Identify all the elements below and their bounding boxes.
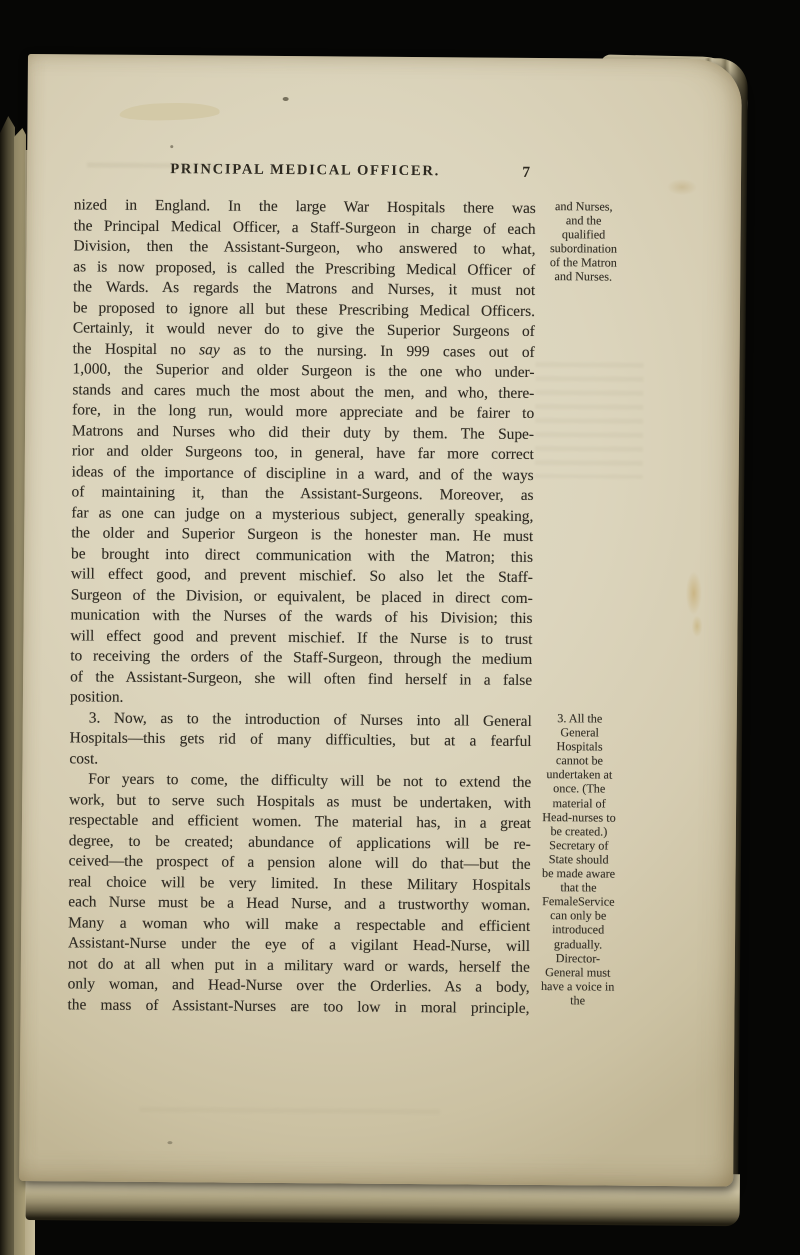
ink-speck (283, 97, 289, 101)
body-text-line: of the Assistant-Surgeon, she will often… (70, 667, 532, 691)
body-text-line: Assistant-Nurse under the eye of a vigil… (68, 933, 530, 957)
margin-note-line: material of (514, 795, 644, 810)
margin-note-line: once. (The (514, 781, 644, 796)
margin-note-line: that the (513, 880, 643, 895)
body-text-line: 1,000, the Superior and older Surgeon is… (72, 359, 534, 383)
margin-notes-column: and Nurses,and thequalifiedsubordination… (520, 58, 650, 59)
margin-note-line: General (515, 725, 645, 740)
margin-note-line: the (513, 993, 643, 1008)
margin-note-line: undertaken at (514, 767, 644, 782)
body-text-line: the Wards. As regards the Matrons and Nu… (73, 277, 535, 301)
body-text-line: Division, then the Assistant-Surgeon, wh… (73, 236, 535, 260)
paper-stain (686, 571, 702, 615)
body-text-line: only woman, and Head-Nurse over the Orde… (68, 974, 530, 998)
body-text-line: nized in England. In the large War Hospi… (74, 195, 536, 219)
margin-note-line: and Nurses. (518, 269, 648, 284)
margin-note-line: Secretary of (514, 838, 644, 853)
margin-note: 3. All theGeneralHospitalscannot beunder… (513, 711, 645, 1008)
margin-note-line: FemaleService (513, 894, 643, 909)
margin-note-line: qualified (519, 227, 649, 242)
body-text-line: Certainly, it would never do to give the… (73, 318, 535, 342)
margin-note-line: and the (519, 213, 649, 228)
book-scan: PRINCIPAL MEDICAL OFFICER. 7 nized in En… (0, 0, 800, 1255)
margin-note-line: gradually. (513, 936, 643, 951)
margin-note-line: be created.) (514, 824, 644, 839)
body-text-line: Hospitals—this gets rid of many difficul… (70, 728, 532, 752)
ink-speck (170, 145, 173, 148)
running-header-row: PRINCIPAL MEDICAL OFFICER. 7 (74, 160, 536, 186)
body-text-line: will effect good, and prevent mischief. … (71, 564, 533, 588)
margin-note-line: Director- (513, 950, 643, 965)
show-through-smudge (535, 358, 644, 479)
body-text-line: respectable and efficient women. The mat… (69, 810, 531, 834)
margin-note-line: of the Matron (518, 255, 648, 270)
margin-note-line: State should (514, 852, 644, 867)
ink-speck (167, 1141, 172, 1144)
body-text-line: of maintaining it, than the Assistant-Su… (71, 482, 533, 506)
margin-note-line: introduced (513, 922, 643, 937)
paper-stain (691, 615, 702, 637)
margin-note-line: 3. All the (515, 711, 645, 726)
show-through-smudge (140, 1103, 440, 1119)
margin-note-line: have a voice in (513, 979, 643, 994)
paper-stain (667, 179, 697, 195)
margin-note-line: can only be (513, 908, 643, 923)
page-number: 7 (522, 164, 530, 182)
body-text-line: to receiving the orders of the Staff-Sur… (70, 646, 532, 670)
margin-note: and Nurses,and thequalifiedsubordination… (518, 199, 649, 285)
margin-note-line: subordination (518, 241, 648, 256)
running-header-title: PRINCIPAL MEDICAL OFFICER. (74, 160, 536, 181)
margin-note-line: Hospitals (515, 739, 645, 754)
margin-note-line: cannot be (514, 753, 644, 768)
body-text-line: rior and older Surgeons too, in general,… (72, 441, 534, 465)
body-text-line: munication with the Nurses of the wards … (71, 605, 533, 629)
binding-edge-dark (0, 116, 15, 1255)
body-text-column: nized in England. In the large War Hospi… (67, 195, 535, 1019)
margin-note-line: and Nurses, (519, 199, 649, 214)
body-text-line: ceived—the prospect of a pension alone w… (69, 851, 531, 875)
margin-note-line: General must (513, 965, 643, 980)
body-text-line: the mass of Assistant-Nurses are too low… (67, 995, 529, 1019)
book-page: PRINCIPAL MEDICAL OFFICER. 7 nized in En… (19, 54, 742, 1187)
body-text-line: fore, in the long run, would more apprec… (72, 400, 534, 424)
margin-note-line: be made aware (514, 866, 644, 881)
body-text-line: each Nurse must be a Head Nurse, and a t… (68, 892, 530, 916)
margin-note-line: Head-nurses to (514, 809, 644, 824)
body-text-line: For years to come, the difficulty will b… (69, 769, 531, 793)
torn-page-fragment (119, 102, 219, 122)
body-text-line: the older and Superior Surgeon is the ho… (71, 523, 533, 547)
